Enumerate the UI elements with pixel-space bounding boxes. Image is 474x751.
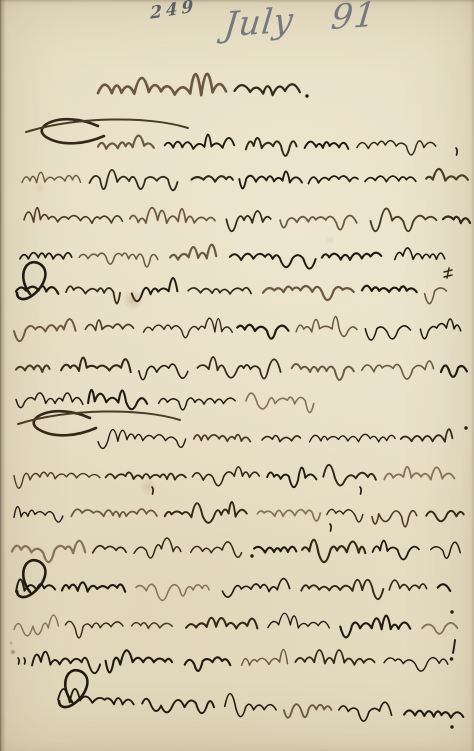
- stroke-body-5: [17, 262, 45, 299]
- stroke-body-3: [443, 216, 470, 223]
- stroke-body-15: [185, 657, 231, 671]
- stroke-body-10: [14, 472, 100, 488]
- stroke-body-7: [61, 358, 131, 373]
- stroke-body-6: [365, 326, 410, 340]
- stroke-body-1: [165, 135, 235, 149]
- stroke-body-9: [310, 434, 396, 442]
- stroke-body-10: [192, 467, 259, 486]
- stroke-salutation: [98, 74, 226, 95]
- stroke-body-4: [230, 254, 316, 269]
- stroke-body-14: [340, 616, 410, 638]
- stroke-body-15: [242, 649, 288, 665]
- stroke-body-10: [106, 472, 186, 479]
- stroke-body-12: [254, 547, 296, 553]
- stroke-body-16: [142, 699, 214, 714]
- stroke-body-16: [404, 710, 463, 717]
- stroke-body-14: [65, 621, 123, 638]
- stroke-body-12: [12, 541, 85, 562]
- stroke-body-3: [130, 208, 215, 223]
- stroke-body-12: [250, 554, 253, 557]
- stroke-body-1: [305, 142, 349, 149]
- stroke-body-4: [395, 248, 445, 260]
- stroke-body-4: [322, 253, 381, 260]
- stroke-body-5: [188, 288, 251, 294]
- stroke-body-5: [362, 286, 417, 292]
- stroke-body-7: [441, 366, 467, 377]
- stroke-body-6: [420, 319, 460, 339]
- stroke-body-5: [132, 278, 178, 301]
- stroke-body-3: [226, 211, 270, 231]
- stroke-body-2: [308, 176, 358, 183]
- stroke-body-1: [456, 148, 457, 155]
- stroke-body-6: [144, 318, 233, 338]
- stroke-body-6: [85, 320, 133, 330]
- stroke-body-5: [425, 288, 447, 304]
- stroke-body-2: [239, 172, 302, 189]
- stroke-body-14: [422, 623, 457, 634]
- stroke-body-9: [98, 430, 186, 449]
- stroke-body-9: [401, 429, 453, 442]
- stroke-body-15: [450, 657, 453, 660]
- stroke-body-11: [426, 511, 464, 521]
- stroke-body-12: [431, 542, 461, 558]
- stroke-body-2: [426, 169, 468, 181]
- stroke-body-15: [295, 650, 374, 665]
- stroke-body-4: [170, 245, 216, 260]
- stroke-body-4: [20, 253, 72, 259]
- stroke-body-5: [66, 286, 120, 303]
- stroke-body-12: [302, 540, 365, 562]
- stroke-body-3: [24, 208, 123, 224]
- stroke-body-4: [79, 253, 158, 267]
- stroke-body-6: [237, 325, 288, 339]
- stroke-body-11: [327, 509, 363, 522]
- stroke-body-11: [330, 524, 331, 531]
- stroke-body-12: [93, 546, 127, 553]
- stroke-body-8: [16, 393, 83, 408]
- stroke-body-10: [384, 467, 454, 480]
- stroke-body-12: [134, 538, 181, 558]
- stroke-body-13: [222, 579, 289, 598]
- stroke-body-3: [280, 216, 357, 230]
- stroke-body-14: [14, 615, 58, 636]
- stroke-body-8: [88, 390, 147, 409]
- stroke-body-16: [284, 704, 332, 717]
- stroke-salutation: [235, 84, 300, 95]
- stroke-body-13: [389, 580, 426, 590]
- stroke-body-15: [18, 658, 25, 664]
- stroke-body-2: [192, 176, 233, 182]
- stroke-body-16: [225, 694, 276, 717]
- stroke-body-10: [360, 487, 361, 494]
- stroke-body-1: [357, 141, 436, 155]
- stroke-body-1: [246, 138, 297, 156]
- stroke-body-11: [14, 507, 63, 523]
- stroke-body-1: [98, 136, 154, 149]
- stroke-body-15: [32, 652, 100, 674]
- stroke-body-7: [139, 364, 188, 380]
- stroke-body-15: [453, 640, 455, 653]
- stroke-body-10: [323, 465, 376, 486]
- stroke-body-14: [268, 613, 329, 628]
- stroke-body-7: [292, 364, 354, 380]
- stroke-salutation: [305, 94, 308, 97]
- stroke-body-13: [62, 582, 125, 591]
- stroke-body-13: [438, 584, 450, 591]
- stroke-body-9: [194, 435, 251, 442]
- stroke-body-13: [301, 580, 383, 599]
- stroke-body-2: [365, 176, 416, 182]
- letter-page: 249 July 91: [0, 0, 474, 751]
- stroke-body-7: [197, 357, 280, 379]
- stroke-body-11: [165, 502, 247, 523]
- stroke-body-13: [16, 579, 55, 591]
- stroke-body-9: [464, 426, 467, 429]
- stroke-body-14: [186, 618, 257, 629]
- handwriting-ink: [0, 0, 474, 751]
- stroke-body-12: [373, 541, 419, 560]
- stroke-body-16: [450, 725, 453, 728]
- stroke-body-14: [132, 623, 173, 629]
- stroke-body-8: [246, 393, 314, 412]
- stroke-body-7: [16, 365, 50, 371]
- stroke-body-10: [152, 487, 153, 494]
- stroke-body-7: [362, 361, 434, 379]
- stroke-body-2: [22, 172, 81, 182]
- stroke-body-11: [257, 510, 320, 521]
- stroke-body-3: [371, 208, 437, 231]
- stroke-body-13: [17, 560, 45, 597]
- stroke-body-15: [384, 658, 448, 672]
- stroke-body-11: [372, 511, 417, 527]
- stroke-body-8: [159, 398, 236, 410]
- stroke-body-13: [136, 584, 209, 600]
- stroke-body-14: [450, 610, 453, 613]
- stroke-body-6: [296, 316, 357, 336]
- stroke-body-10: [267, 468, 316, 488]
- stroke-body-5: [263, 286, 354, 300]
- stroke-body-2: [90, 170, 178, 190]
- stroke-body-5: [444, 268, 452, 278]
- stroke-body-6: [14, 319, 76, 341]
- stroke-body-9: [262, 436, 301, 442]
- stroke-body-16: [339, 702, 392, 721]
- stroke-body-12: [191, 542, 242, 557]
- stroke-body-11: [71, 509, 157, 517]
- stroke-body-15: [106, 650, 172, 672]
